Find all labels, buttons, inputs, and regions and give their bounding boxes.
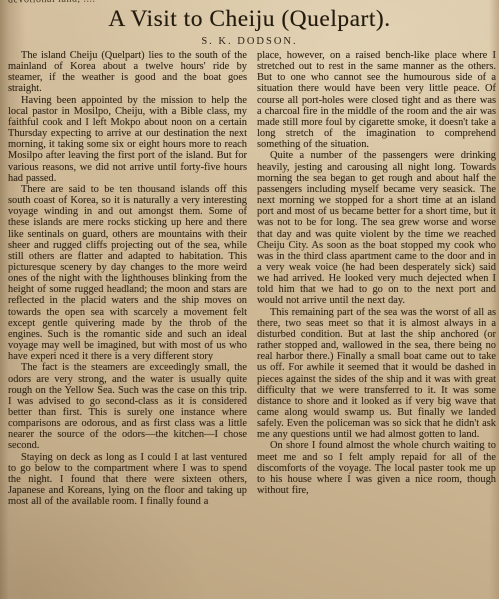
- paragraph: place, however, on a raised bench-like p…: [257, 50, 496, 150]
- article-body: The island Cheiju (Quelpart) lies to the…: [8, 50, 497, 507]
- paragraph: Staying on deck as long as I could I at …: [8, 452, 247, 508]
- paragraph: The fact is the steamers are exceedingly…: [8, 362, 247, 451]
- paragraph: There are said to be ten thousand island…: [8, 184, 247, 363]
- article-byline: S. K. DODSON.: [0, 36, 499, 47]
- article-title: A Visit to Cheiju (Quelpart).: [0, 6, 499, 33]
- paragraph: This remaining part of the sea was the w…: [257, 307, 496, 441]
- clipped-text-fragment: devotional land, ....: [8, 0, 96, 5]
- right-column: place, however, on a raised bench-like p…: [257, 50, 496, 507]
- left-column: The island Cheiju (Quelpart) lies to the…: [8, 50, 247, 507]
- paragraph: Quite a number of the passengers were dr…: [257, 150, 496, 306]
- paragraph: The island Cheiju (Quelpart) lies to the…: [8, 50, 247, 95]
- paragraph: Having been appointed by the mission to …: [8, 95, 247, 184]
- scanned-page: devotional land, .... A Visit to Cheiju …: [0, 0, 499, 599]
- paragraph: On shore I found almost the whole church…: [257, 440, 496, 496]
